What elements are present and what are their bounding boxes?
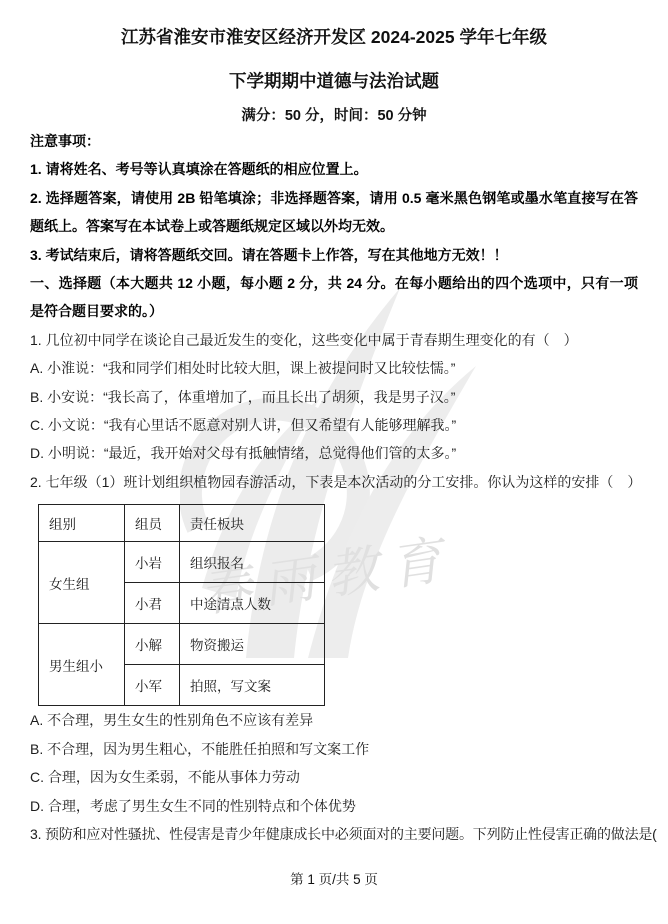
question-3-stem: 3. 预防和应对性骚扰、性侵害是青少年健康成长中必须面对的主要问题。下列防止性侵… (30, 820, 638, 848)
table-cell-group-girls: 女生组 (39, 542, 125, 624)
table-cell-duty: 物资搬运 (180, 624, 325, 665)
question-1-option-d: D. 小明说：“最近，我开始对父母有抵触情绪，总觉得他们管的太多。” (30, 439, 638, 467)
table-row: 女生组 小岩 组织报名 (39, 542, 325, 583)
table-cell-duty: 组织报名 (180, 542, 325, 583)
exam-page: 江苏省淮安市淮安区经济开发区 2024-2025 学年七年级 下学期期中道德与法… (0, 0, 668, 848)
question-1-option-c: C. 小文说：“我有心里话不愿意对别人讲，但又希望有人能够理解我。” (30, 411, 638, 439)
question-2-option-a: A. 不合理，男生女生的性别角色不应该有差异 (30, 706, 638, 734)
question-2-option-d: D. 合理，考虑了男生女生不同的性别特点和个体优势 (30, 792, 638, 820)
table-cell-member: 小君 (125, 583, 180, 624)
table-header-duty: 责任板块 (180, 505, 325, 542)
table-row: 男生组小 小解 物资搬运 (39, 624, 325, 665)
score-time-line: 满分：50 分，时间：50 分钟 (30, 105, 638, 127)
table-header-group: 组别 (39, 505, 125, 542)
table-cell-duty: 拍照，写文案 (180, 665, 325, 706)
table-header-member: 组员 (125, 505, 180, 542)
question-1-stem: 1. 几位初中同学在谈论自己最近发生的变化，这些变化中属于青春期生理变化的有（ … (30, 326, 638, 354)
question-2-stem: 2. 七年级（1）班计划组织植物园春游活动，下表是本次活动的分工安排。你认为这样… (30, 468, 638, 496)
duty-assignment-table: 组别 组员 责任板块 女生组 小岩 组织报名 小君 中途清点人数 男生组小 小解… (38, 504, 325, 706)
table-cell-group-boys: 男生组小 (39, 624, 125, 706)
notice-item-2: 2. 选择题答案，请使用 2B 铅笔填涂；非选择题答案，请用 0.5 毫米黑色钢… (30, 184, 638, 241)
section-heading-choice: 一、选择题（本大题共 12 小题，每小题 2 分，共 24 分。在每小题给出的四… (30, 269, 638, 326)
question-2-option-b: B. 不合理，因为男生粗心，不能胜任拍照和写文案工作 (30, 735, 638, 763)
page-title-line1: 江苏省淮安市淮安区经济开发区 2024-2025 学年七年级 (30, 22, 638, 52)
question-1-option-b: B. 小安说：“我长高了，体重增加了，而且长出了胡须，我是男子汉。” (30, 383, 638, 411)
table-cell-member: 小岩 (125, 542, 180, 583)
table-cell-duty: 中途清点人数 (180, 583, 325, 624)
notice-heading: 注意事项： (30, 127, 638, 155)
page-footer: 第 1 页/共 5 页 (0, 868, 668, 888)
notice-item-1: 1. 请将姓名、考号等认真填涂在答题纸的相应位置上。 (30, 155, 638, 183)
table-header-row: 组别 组员 责任板块 (39, 505, 325, 542)
page-title-line2: 下学期期中道德与法治试题 (30, 66, 638, 96)
question-2-option-c: C. 合理，因为女生柔弱，不能从事体力劳动 (30, 763, 638, 791)
question-1-option-a: A. 小淮说：“我和同学们相处时比较大胆，课上被提问时又比较怯懦。” (30, 354, 638, 382)
table-cell-member: 小军 (125, 665, 180, 706)
table-cell-member: 小解 (125, 624, 180, 665)
notice-item-3: 3. 考试结束后，请将答题纸交回。请在答题卡上作答，写在其他地方无效！！ (30, 241, 638, 269)
